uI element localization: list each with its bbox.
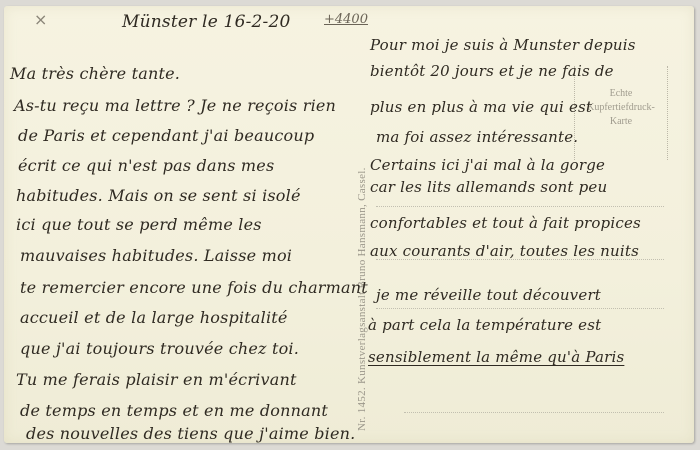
message-line: de temps en temps et en me donnant [20,401,328,420]
message-line: Certains ici j'ai mal à la gorge [370,156,605,174]
publisher-imprint: Nr. 1452. Kunstverlagsanstalt Bruno Hans… [356,167,368,431]
message-line: car les lits allemands sont peu [370,178,607,196]
reference-number: +4400 [324,12,368,27]
postcard-header-date: Münster le 16-2-20 [122,12,291,32]
message-line: Ma très chère tante. [10,64,180,83]
address-line [404,412,664,413]
message-line: accueil et de la large hospitalité [20,308,288,327]
message-line: que j'ai toujours trouvée chez toi. [20,339,299,358]
message-line: Pour moi je suis à Munster depuis [370,36,636,54]
corner-x-mark: × [34,10,47,29]
message-line: à part cela la température est [368,316,601,334]
message-line: je me réveille tout découvert [376,286,601,304]
message-line-underlined: sensiblement la même qu'à Paris [368,348,624,366]
message-line: ici que tout se perd même les [16,215,262,234]
message-line: écrit ce qui n'est pas dans mes [18,156,274,175]
stamp-label-line3: Karte [575,116,667,127]
message-line: Tu me ferais plaisir en m'écrivant [16,370,297,389]
message-line: des nouvelles des tiens que j'aime bien. [26,424,355,443]
message-line: confortables et tout à fait propices [370,214,641,232]
postcard: × Münster le 16-2-20 +4400 Nr. 1452. Kun… [4,6,694,443]
message-line: mauvaises habitudes. Laisse moi [20,246,292,265]
message-line: habitudes. Mais on se sent si isolé [16,186,301,205]
message-line: plus en plus à ma vie qui est [370,98,592,116]
message-line: te remercier encore une fois du charmant [20,278,368,297]
message-line: ma foi assez intéressante. [376,128,578,146]
address-line [376,206,664,207]
message-line: de Paris et cependant j'ai beaucoup [18,126,314,145]
address-line [376,308,664,309]
message-line: As-tu reçu ma lettre ? Je ne reçois rien [14,96,336,115]
message-line: aux courants d'air, toutes les nuits [370,242,639,260]
message-line: bientôt 20 jours et je ne fais de [370,62,614,80]
